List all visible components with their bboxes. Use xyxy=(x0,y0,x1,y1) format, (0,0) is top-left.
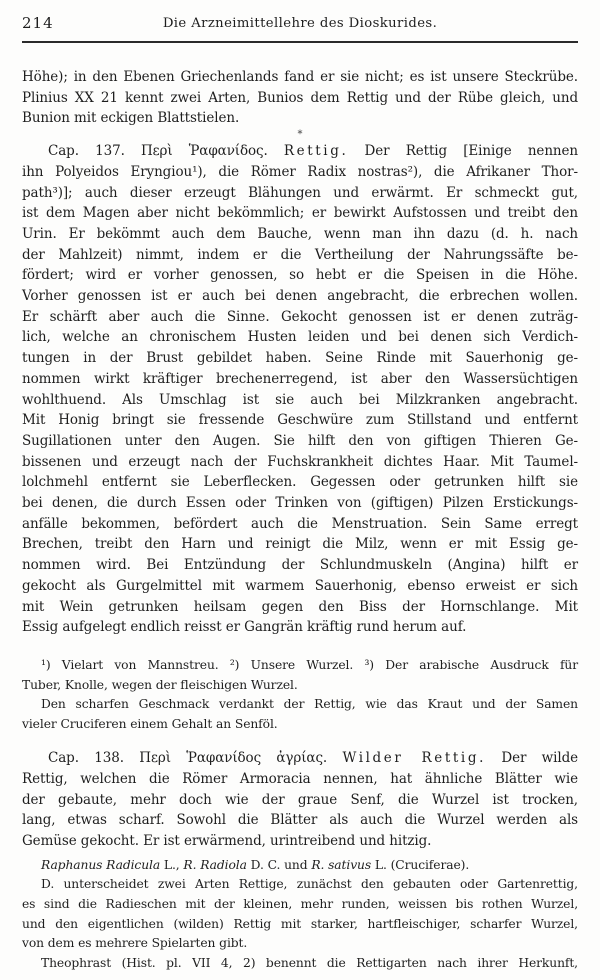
text-segment: D. C. und xyxy=(247,858,311,872)
text-line: ihn Polyeidos Eryngiou¹), die Römer Radi… xyxy=(22,162,578,183)
text-line: wohlthuend. Als Umschlag ist sie auch be… xyxy=(22,390,578,411)
text-line: vieler Cruciferen einem Gehalt an Senföl… xyxy=(22,715,578,735)
text-line: Theophrast (Hist. pl. VII 4, 2) benennt … xyxy=(22,954,578,974)
intro-paragraph: Höhe); in den Ebenen Griechenlands fand … xyxy=(22,67,578,129)
text-line: Bunion mit eckigen Blattstielen. xyxy=(22,108,578,129)
text-line: Rettig, welchen die Römer Armoracia nenn… xyxy=(22,769,578,790)
text-line: Höhe); in den Ebenen Griechenlands fand … xyxy=(22,67,578,88)
cap137-note: Den scharfen Geschmack verdankt der Rett… xyxy=(22,695,578,734)
text-line: ist dem Magen aber nicht bekömmlich; er … xyxy=(22,203,578,224)
text-line: Den scharfen Geschmack verdankt der Rett… xyxy=(22,695,578,715)
text-line: D. unterscheidet zwei Arten Rettige, zun… xyxy=(22,875,578,895)
text-line: nommen wird. Bei Entzündung der Schlundm… xyxy=(22,555,578,576)
text-line: Brechen, treibt den Harn und reinigt die… xyxy=(22,534,578,555)
page-header: 214 Die Arzneimittellehre des Dioskuride… xyxy=(22,12,578,43)
text-line: es sind die Radieschen mit der kleinen, … xyxy=(22,895,578,915)
text-line: der gebaute, mehr doch wie der graue Sen… xyxy=(22,790,578,811)
text-segment: L., xyxy=(160,858,183,872)
text-line: bei denen, die durch Essen oder Trinken … xyxy=(22,493,578,514)
text-line: path³)]; auch dieser erzeugt Blähungen u… xyxy=(22,183,578,204)
text-segment: R. sativus xyxy=(311,858,371,872)
text-line: tungen in der Brust gebildet haben. Sein… xyxy=(22,348,578,369)
text-line: Sugillationen unter den Augen. Sie hilft… xyxy=(22,431,578,452)
text-line: und den eigentlichen (wilden) Rettig mit… xyxy=(22,915,578,935)
text-segment: Cap. 138. Περὶ Ῥαφανίδος ἀγρίας. xyxy=(48,750,342,766)
text-segment: Raphanus Radicula xyxy=(41,858,160,872)
text-line: Urin. Er bekömmt auch dem Bauche, wenn m… xyxy=(22,224,578,245)
text-line: mit Wein getrunken heilsam gegen den Bis… xyxy=(22,597,578,618)
text-line: lich, welche an chronischem Husten leide… xyxy=(22,327,578,348)
text-segment: Der wilde xyxy=(486,750,578,766)
cap138-paragraph: Cap. 138. Περὶ Ῥαφανίδος ἀγρίας. Wilder … xyxy=(22,748,578,852)
text-line: Plinius XX 21 kennt zwei Arten, Bunios d… xyxy=(22,88,578,109)
text-line: Tuber, Knolle, wegen der fleischigen Wur… xyxy=(22,676,578,696)
text-line: nommen wirkt kräftiger brechenerregend, … xyxy=(22,369,578,390)
section-separator-mark: * xyxy=(22,129,578,141)
commentary-paragraph: D. unterscheidet zwei Arten Rettige, zun… xyxy=(22,875,578,953)
text-line: bissenen und erzeugt nach der Fuchskrank… xyxy=(22,452,578,473)
text-line: ¹) Vielart von Mannstreu. ²) Unsere Wurz… xyxy=(22,656,578,676)
text-line: Mit Honig bringt sie fressende Geschwüre… xyxy=(22,410,578,431)
cap137-paragraph: Cap. 137. Περὶ Ῥαφανίδος. Rettig. Der Re… xyxy=(22,141,578,638)
text-line: lang, etwas scharf. Sowohl die Blätter a… xyxy=(22,810,578,831)
text-line: anfälle bekommen, befördert auch die Men… xyxy=(22,514,578,535)
chapter-keyword: Wilder Rettig. xyxy=(342,750,485,766)
text-line: von dem es mehrere Spielarten gibt. xyxy=(22,934,578,954)
text-segment: Cap. 137. Περὶ Ῥαφανίδος. xyxy=(48,143,284,159)
running-title: Die Arzneimittellehre des Dioskurides. xyxy=(22,16,578,31)
text-line: Er schärft aber auch die Sinne. Gekocht … xyxy=(22,307,578,328)
chapter-keyword: Rettig. xyxy=(284,143,348,159)
text-segment: R. Radiola xyxy=(183,858,246,872)
text-line: Cap. 138. Περὶ Ῥαφανίδος ἀγρίας. Wilder … xyxy=(22,748,578,769)
text-line: gekocht als Gurgelmittel mit warmem Saue… xyxy=(22,576,578,597)
cap137-footnotes: ¹) Vielart von Mannstreu. ²) Unsere Wurz… xyxy=(22,656,578,695)
text-line: Vorher genossen ist er auch bei denen an… xyxy=(22,286,578,307)
text-line: lolchmehl entfernt sie Leberflecken. Geg… xyxy=(22,472,578,493)
species-identification-line: Raphanus Radicula L., R. Radiola D. C. u… xyxy=(22,856,578,876)
theophrast-commentary-line: Theophrast (Hist. pl. VII 4, 2) benennt … xyxy=(22,954,578,974)
text-line: Gemüse gekocht. Er ist erwärmend, urintr… xyxy=(22,831,578,852)
text-line: der Mahlzeit) nimmt, indem er die Verthe… xyxy=(22,245,578,266)
text-segment: L. (Cruciferae). xyxy=(371,858,469,872)
text-line: Raphanus Radicula L., R. Radiola D. C. u… xyxy=(22,856,578,876)
text-line: Cap. 137. Περὶ Ῥαφανίδος. Rettig. Der Re… xyxy=(22,141,578,162)
book-page: 214 Die Arzneimittellehre des Dioskuride… xyxy=(0,0,600,973)
text-line: fördert; wird er vorher genossen, so heb… xyxy=(22,265,578,286)
text-line: Essig aufgelegt endlich reisst er Gangrä… xyxy=(22,617,578,638)
text-segment: Der Rettig [Einige nennen xyxy=(348,143,578,159)
